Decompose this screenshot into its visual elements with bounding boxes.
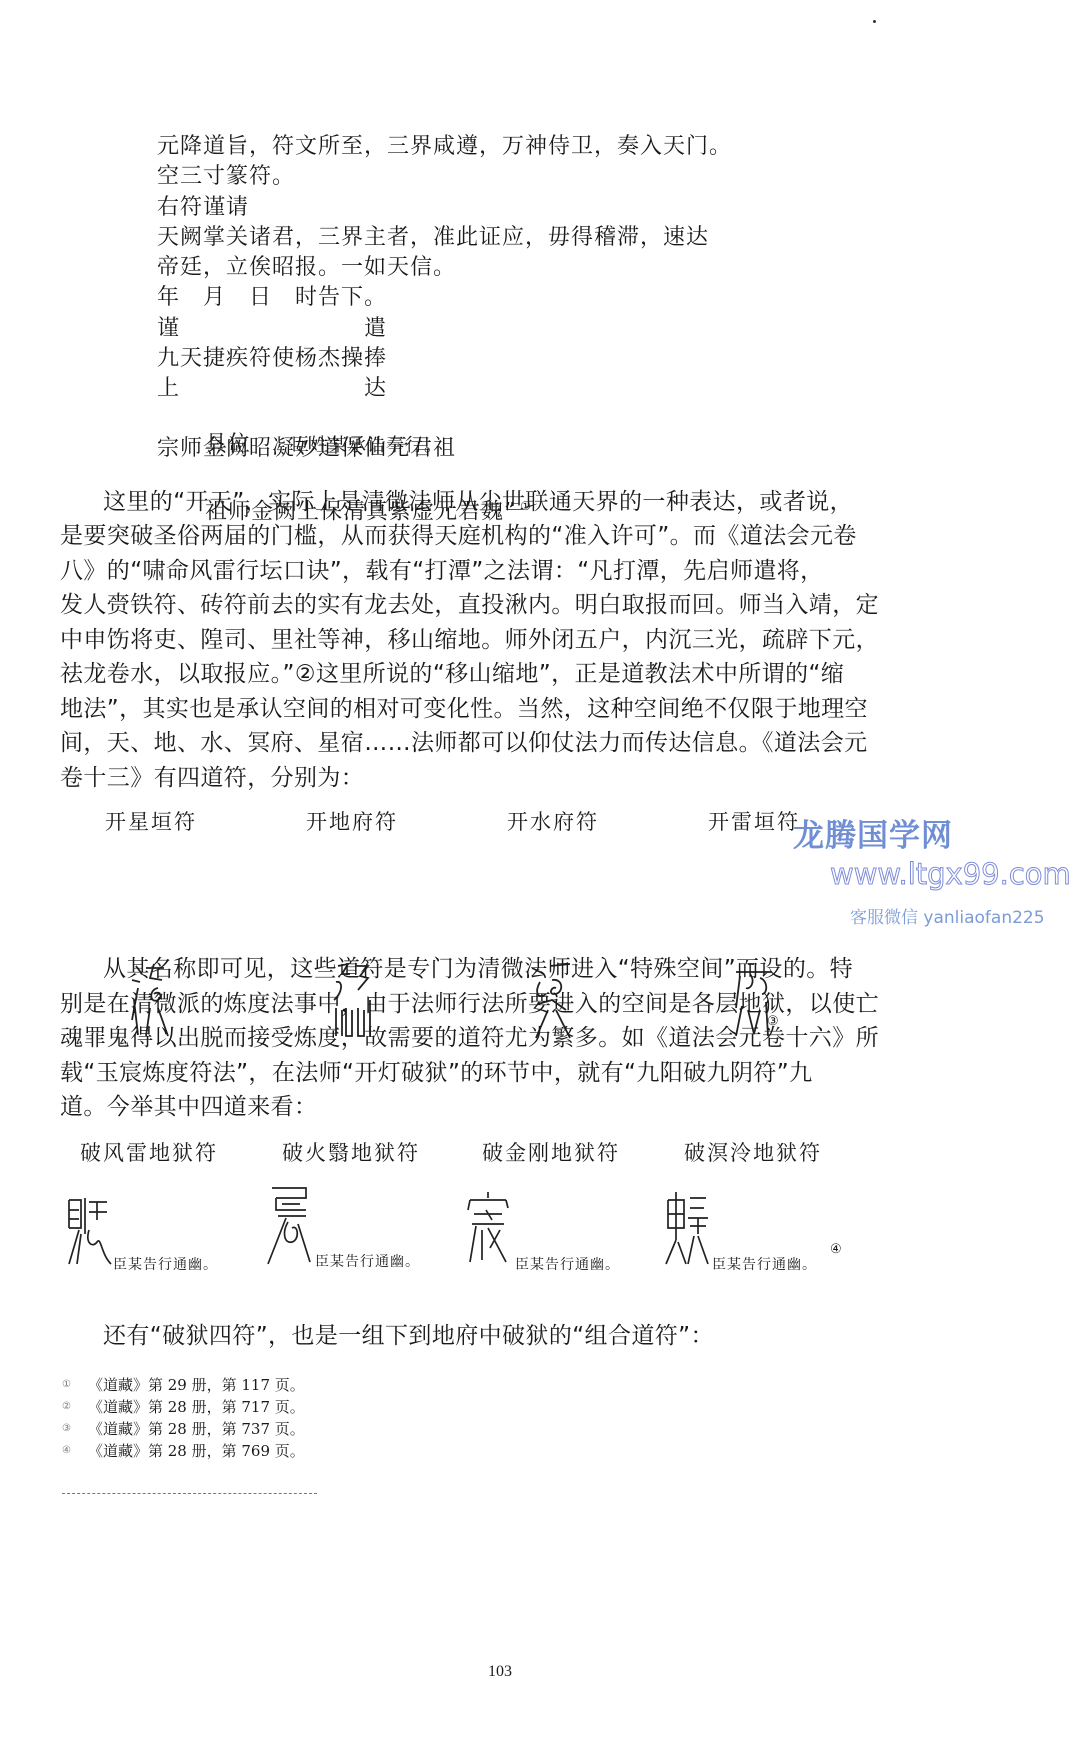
text-line: 道。今举其中四道来看：	[60, 1093, 317, 1121]
scan-speck	[873, 20, 876, 23]
text-line: 地法”，其实也是承认空间的相对可变化性。当然，这种空间绝不仅限于地理空	[60, 695, 868, 723]
watermark-url: www.ltgx99.com	[830, 857, 1071, 891]
talisman-label: 破溟泠地狱符	[684, 1137, 822, 1167]
text-line: 是要突破圣俗两届的门槛，从而获得天庭机构的“准入许可”。而《道法会元卷	[60, 522, 857, 550]
text-line: 别是在清微派的炼度法事中，由于法师行法所要进入的空间是各层地狱，以使亡	[60, 990, 879, 1018]
talisman-caption: 臣某告行通幽。	[315, 1251, 420, 1271]
quote-line: 元降道旨，符文所至，三界咸遵，万神侍卫，奏入天门。	[157, 134, 732, 160]
text-line: 中申饬将吏、隍司、里社等神，移山缩地。师外闭五户，内沉三光，疏辟下元，	[60, 626, 879, 654]
text-line: 还有“破狱四符”，也是一组下到地府中破狱的“组合道符”：	[103, 1322, 714, 1350]
quote-line: 空三寸篆符。	[157, 164, 295, 190]
quote-line: 宗师金阙昭凝妙道保仙元君祖	[157, 436, 456, 462]
book-page: 元降道旨，符文所至，三界咸遵，万神侍卫，奏入天门。 空三寸篆符。 右符谨请 天阙…	[0, 0, 1080, 1749]
text-line: 八》的“啸命风雷行坛口诀”，载有“打潭”之法谓：“凡打潭，先启师遣将，	[60, 557, 824, 585]
footnote-number: ②	[62, 1396, 88, 1418]
text-line: 卷十三》有四道符，分别为：	[60, 764, 364, 792]
talisman-glyph-icon	[67, 1194, 113, 1266]
footnote-text: 《道藏》第 28 册，第 717 页。	[88, 1398, 305, 1416]
watermark-contact: 客服微信 yanliaofan225	[850, 903, 1045, 928]
footnote-number: ④	[62, 1440, 88, 1462]
talisman-label: 破风雷地狱符	[80, 1137, 218, 1167]
footnote-divider	[62, 1493, 317, 1494]
quote-line: 天阙掌关诸君，三界主者，准此证应，毋得稽滞，速达	[157, 225, 709, 251]
talisman-caption: 臣某告行通幽。	[515, 1254, 620, 1274]
watermark-site-name: 龙腾国学网	[793, 810, 953, 855]
talisman-caption: 臣某告行通幽。	[712, 1254, 817, 1274]
quote-line: 上 达	[157, 376, 387, 402]
talisman-label: 开地府符	[306, 806, 398, 836]
talisman-label: 破金刚地狱符	[482, 1137, 620, 1167]
talisman-label: 破火翳地狱符	[282, 1137, 420, 1167]
quote-line: 谨 遣	[157, 316, 387, 342]
text-line: 从其名称即可见，这些道符是专门为清微法师进入“特殊空间”而设的。特	[103, 955, 853, 983]
footnote-text: 《道藏》第 29 册，第 117 页。	[88, 1376, 305, 1394]
footnote-number: ①	[62, 1374, 88, 1396]
text-line: 魂罪鬼得以出脱而接受炼度，故需要的道符尤为繁多。如《道法会元卷十六》所	[60, 1024, 879, 1052]
talisman-glyph-icon	[466, 1190, 512, 1266]
footnote-item: ③《道藏》第 28 册，第 737 页。	[62, 1418, 305, 1440]
text-line: 祛龙卷水，以取报应。”②这里所说的“移山缩地”，正是道教法术中所谓的“缩	[60, 660, 844, 688]
quote-line: 右符谨请	[157, 195, 249, 221]
footnote-text: 《道藏》第 28 册，第 769 页。	[88, 1442, 305, 1460]
page-number: 103	[0, 1663, 1000, 1681]
footnote-item: ①《道藏》第 29 册，第 117 页。	[62, 1374, 305, 1396]
text-line: 发人赍铁符、砖符前去的实有龙去处，直投湫内。明白取报而回。师当入靖，定	[60, 591, 879, 619]
talisman-glyph-icon	[664, 1190, 710, 1266]
talisman-glyph-icon	[266, 1184, 312, 1266]
footnote-item: ②《道藏》第 28 册，第 717 页。	[62, 1396, 305, 1418]
footnote-item: ④《道藏》第 28 册，第 769 页。	[62, 1440, 305, 1462]
footnote-text: 《道藏》第 28 册，第 737 页。	[88, 1420, 305, 1438]
footnote-ref-4: ④	[830, 1242, 842, 1257]
quote-line: 九天捷疾符使杨杰操捧	[157, 346, 387, 372]
text-line: 间，天、地、水、冥府、星宿……法师都可以仰仗法力而传达信息。《道法会元	[60, 729, 868, 757]
quote-line: 年 月 日 时告下。	[157, 285, 387, 311]
text-line: 这里的“开天”，实际上是清微法师从尘世联通天界的一种表达，或者说，	[103, 488, 853, 516]
quote-line: 帝廷，立俟昭报。一如天信。	[157, 255, 456, 281]
talisman-label: 开雷垣符	[708, 806, 800, 836]
talisman-label: 开星垣符	[105, 806, 197, 836]
footnote-number: ③	[62, 1418, 88, 1440]
talisman-caption: 臣某告行通幽。	[113, 1254, 218, 1274]
text-line: 载“玉宸炼度符法”，在法师“开灯破狱”的环节中，就有“九阳破九阴符”九	[60, 1059, 813, 1087]
talisman-label: 开水府符	[507, 806, 599, 836]
